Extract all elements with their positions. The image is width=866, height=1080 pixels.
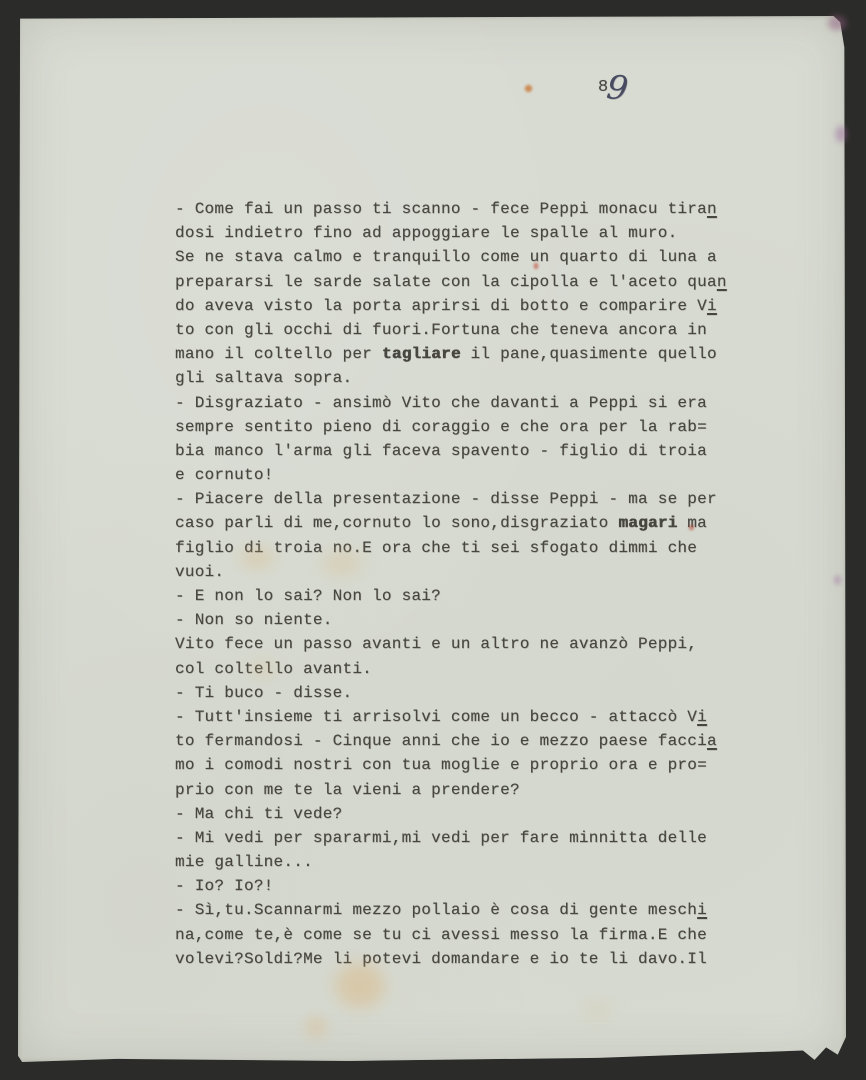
text-segment: mie galline... [175,853,313,871]
text-line: na,come te,è come se tu ci avessi messo … [175,923,735,947]
text-segment: bia manco l'arma gli faceva spavento - f… [175,442,707,460]
text-segment: n [717,273,727,291]
text-line: Se ne stava calmo e tranquillo come un q… [175,245,735,269]
scan-background: 8 9 - Come fai un passo ti scanno - fece… [0,0,866,1080]
text-line: to fermandosi - Cinque anni che io e mez… [175,729,735,753]
text-segment: - Ma chi ti vede? [175,805,342,823]
text-segment: i [697,708,707,726]
text-segment: prepararsi le sarde salate con la cipoll… [175,273,717,291]
text-line: prio con me te la vieni a prendere? [175,778,735,802]
text-segment: vuoi. [175,563,224,581]
text-line: Vito fece un passo avanti e un altro ne … [175,632,735,656]
text-line: - Mi vedi per spararmi,mi vedi per fare … [175,826,735,850]
text-segment: gli saltava sopra. [175,369,352,387]
text-segment: mano il coltello per [175,345,382,363]
text-segment: to con gli occhi di fuori.Fortuna che te… [175,321,707,339]
text-segment: volevi?Soldi?Me li potevi domandare e io… [175,950,707,968]
text-segment: ma [677,514,707,532]
text-segment: Vito fece un passo avanti e un altro ne … [175,635,697,653]
text-line: - Disgraziato - ansimò Vito che davanti … [175,391,735,415]
text-line: gli saltava sopra. [175,366,735,390]
text-line: - Sì,tu.Scannarmi mezzo pollaio è cosa d… [175,898,735,922]
text-line: do aveva visto la porta aprirsi di botto… [175,294,735,318]
text-line: sempre sentito pieno di coraggio e che o… [175,415,735,439]
text-segment: sempre sentito pieno di coraggio e che o… [175,418,707,436]
text-segment: - Come fai un passo ti scanno - fece Pep… [175,200,707,218]
text-line: - Ma chi ti vede? [175,802,735,826]
text-segment: i [697,901,707,919]
text-line: volevi?Soldi?Me li potevi domandare e io… [175,947,735,971]
text-line: vuoi. [175,560,735,584]
text-line: figlio di troia no.E ora che ti sei sfog… [175,536,735,560]
text-segment: - Piacere della presentazione - disse Pe… [175,490,717,508]
text-line: - Tutt'insieme ti arrisolvi come un becc… [175,705,735,729]
text-line: caso parli di me,cornuto lo sono,disgraz… [175,511,735,535]
text-segment: - Io? Io?! [175,877,274,895]
text-segment: e cornuto! [175,466,274,484]
text-segment: - Disgraziato - ansimò Vito che davanti … [175,394,707,412]
text-segment: caso parli di me,cornuto lo sono,disgraz… [175,514,618,532]
text-line: col coltello avanti. [175,657,735,681]
text-line: - Come fai un passo ti scanno - fece Pep… [175,197,735,221]
text-line: mano il coltello per tagliare il pane,qu… [175,342,735,366]
text-segment: magari [618,514,677,532]
text-line: bia manco l'arma gli faceva spavento - f… [175,439,735,463]
page-number: 8 9 [598,74,658,124]
text-line: dosi indietro fino ad appoggiare le spal… [175,221,735,245]
text-line: - Io? Io?! [175,874,735,898]
text-segment: na,come te,è come se tu ci avessi messo … [175,926,707,944]
text-segment: mo i comodi nostri con tua moglie e prop… [175,756,707,774]
text-segment: - E non lo sai? Non lo sai? [175,587,441,605]
text-segment: - Non so niente. [175,611,333,629]
typewritten-text: - Come fai un passo ti scanno - fece Pep… [175,197,735,971]
text-segment: - Ti buco - disse. [175,684,352,702]
text-line: to con gli occhi di fuori.Fortuna che te… [175,318,735,342]
text-segment: tagliare [382,345,461,363]
text-line: - E non lo sai? Non lo sai? [175,584,735,608]
handwritten-page-number: 9 [605,67,631,108]
text-segment: - Tutt'insieme ti arrisolvi come un becc… [175,708,697,726]
text-line: - Ti buco - disse. [175,681,735,705]
text-segment: il pane,quasimente quello [461,345,717,363]
text-segment: n [707,200,717,218]
text-segment: dosi indietro fino ad appoggiare le spal… [175,224,677,242]
text-segment: do aveva visto la porta aprirsi di botto… [175,297,707,315]
text-segment: figlio di troia no.E ora che ti sei sfog… [175,539,697,557]
text-segment: col coltello avanti. [175,660,372,678]
text-segment: prio con me te la vieni a prendere? [175,781,520,799]
text-segment: - Sì,tu.Scannarmi mezzo pollaio è cosa d… [175,901,697,919]
text-segment: to fermandosi - Cinque anni che io e mez… [175,732,707,750]
text-line: prepararsi le sarde salate con la cipoll… [175,270,735,294]
text-line: e cornuto! [175,463,735,487]
text-line: mie galline... [175,850,735,874]
text-segment: Se ne stava calmo e tranquillo come un q… [175,248,717,266]
text-segment: a [707,732,717,750]
text-line: - Non so niente. [175,608,735,632]
text-segment: i [707,297,717,315]
text-segment: - Mi vedi per spararmi,mi vedi per fare … [175,829,707,847]
text-line: mo i comodi nostri con tua moglie e prop… [175,753,735,777]
text-line: - Piacere della presentazione - disse Pe… [175,487,735,511]
